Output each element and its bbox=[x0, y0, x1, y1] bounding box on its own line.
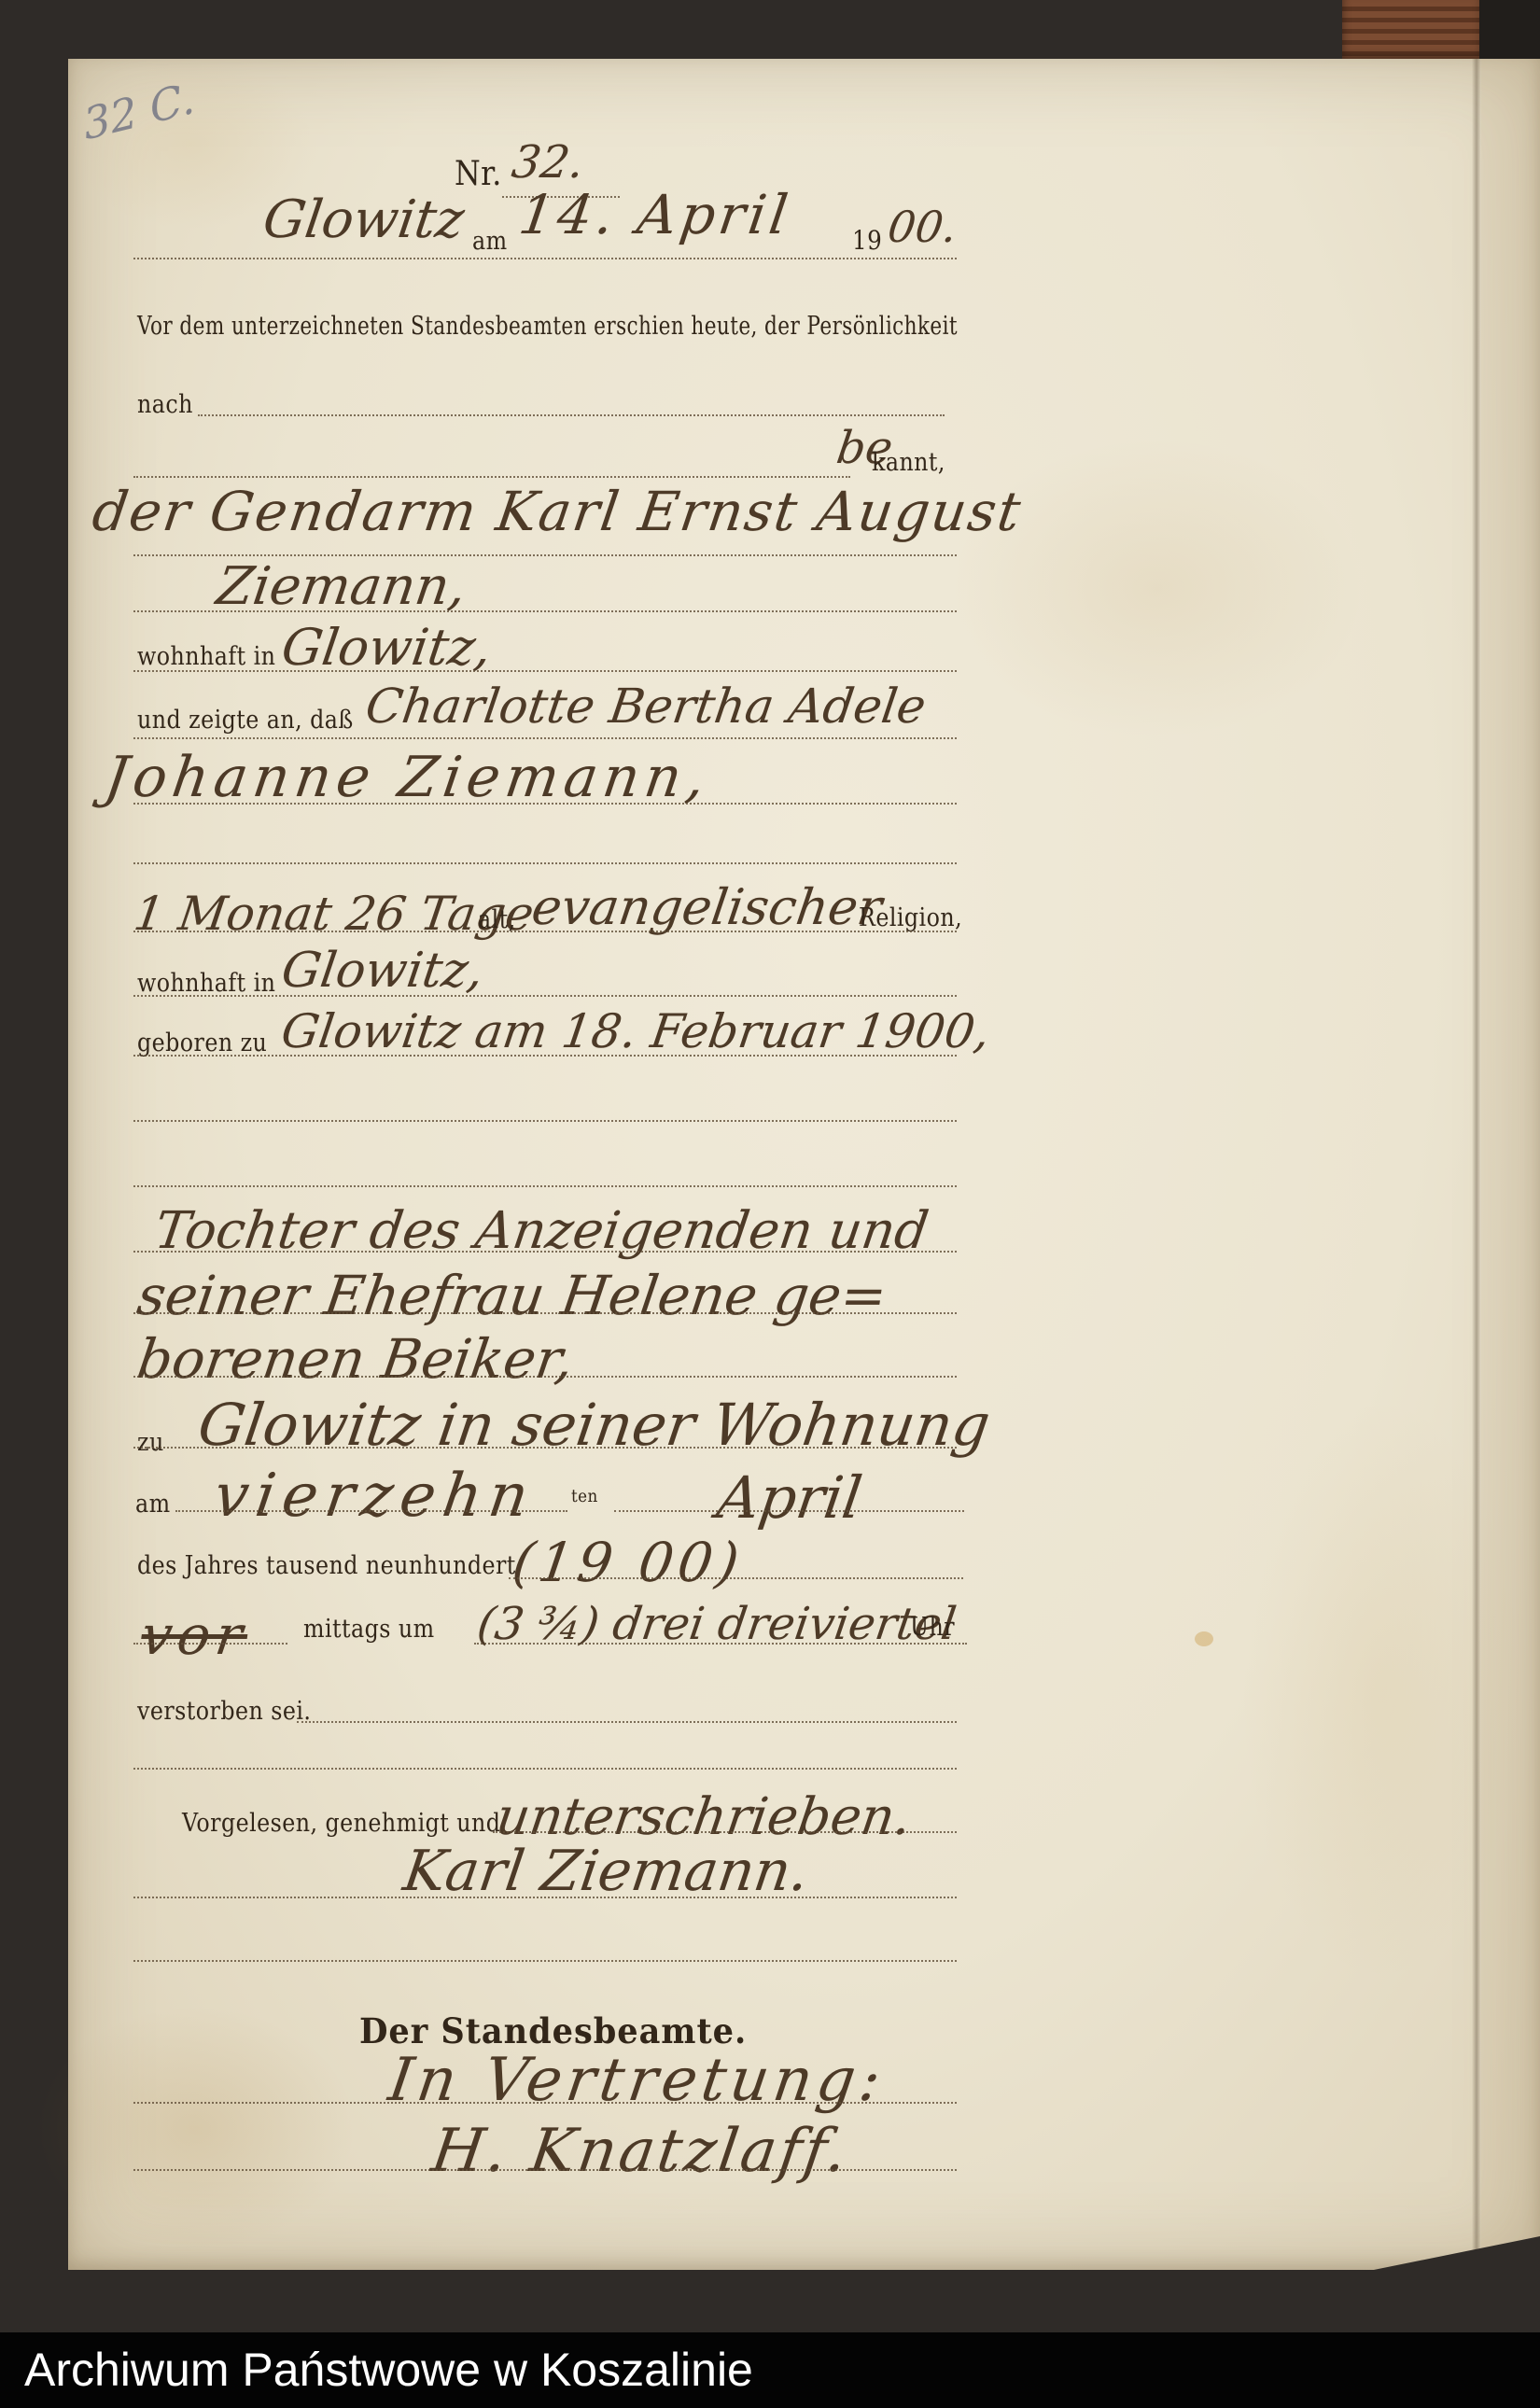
place-value: Glowitz bbox=[259, 189, 468, 250]
am-label: am bbox=[472, 227, 508, 256]
dotted-rule bbox=[297, 1721, 957, 1723]
dotted-rule bbox=[133, 931, 957, 932]
dotted-rule bbox=[133, 1376, 957, 1378]
deputy-written: In Vertretung: bbox=[385, 2046, 889, 2115]
death-month-value: April bbox=[713, 1463, 866, 1532]
dotted-rule bbox=[198, 414, 945, 416]
register-sheet bbox=[68, 59, 1540, 2270]
year-printed: 19 bbox=[852, 225, 882, 256]
residence1-label: wohnhaft in bbox=[137, 642, 275, 671]
closing-label: Vorgelesen, genehmigt und bbox=[182, 1809, 500, 1838]
photographed-register-page: 32 C. Nr. 32. Glowitz am 14. April 19 00… bbox=[0, 0, 1540, 2408]
age-value: 1 Monat 26 Tage bbox=[131, 887, 538, 941]
death-day-value: vierzehn bbox=[210, 1462, 540, 1531]
dotted-rule bbox=[133, 476, 850, 478]
dotted-rule bbox=[133, 1312, 957, 1314]
dotted-rule bbox=[133, 670, 957, 672]
residence2-label: wohnhaft in bbox=[137, 969, 275, 998]
dotted-rule bbox=[133, 1447, 957, 1449]
archive-name: Archiwum Państwowe w Koszalinie bbox=[24, 2332, 753, 2408]
relation-line3: borenen Beiker, bbox=[133, 1327, 578, 1391]
mittags-label: mittags um bbox=[303, 1615, 435, 1644]
page-fold-crease bbox=[1472, 59, 1481, 2270]
dotted-rule bbox=[133, 1643, 287, 1645]
declarant-signature: Karl Ziemann. bbox=[399, 1839, 813, 1904]
residence1-value: Glowitz, bbox=[278, 618, 496, 677]
record-number-value: 32. bbox=[509, 136, 587, 189]
archive-caption-bar: Archiwum Państwowe w Koszalinie bbox=[0, 2332, 1540, 2408]
dotted-rule bbox=[133, 1120, 957, 1122]
dotted-rule bbox=[133, 2169, 957, 2171]
dotted-rule bbox=[133, 610, 957, 612]
next-page-edge bbox=[1481, 59, 1540, 2270]
dotted-rule bbox=[474, 1643, 967, 1645]
religion-value: evangelischer bbox=[528, 879, 886, 936]
death-place-label: zu bbox=[137, 1428, 164, 1457]
dotted-rule bbox=[175, 1510, 567, 1512]
date-value: 14. April bbox=[515, 183, 795, 246]
death-day-label: am bbox=[135, 1490, 171, 1519]
residence2-value: Glowitz, bbox=[278, 943, 487, 999]
deceased-line1: Charlotte Bertha Adele bbox=[362, 679, 929, 735]
religion-label: Religion, bbox=[859, 903, 962, 932]
dotted-rule bbox=[133, 1768, 957, 1770]
dotted-rule bbox=[133, 1055, 957, 1057]
dotted-rule bbox=[133, 1897, 957, 1898]
born-label: geboren zu bbox=[137, 1029, 267, 1057]
dotted-rule bbox=[493, 1831, 957, 1833]
dotted-rule bbox=[133, 1960, 957, 1962]
dotted-rule bbox=[509, 1577, 963, 1579]
dotted-rule bbox=[133, 2102, 957, 2104]
dotted-rule bbox=[133, 1185, 957, 1187]
dotted-rule bbox=[614, 1510, 964, 1512]
dotted-rule bbox=[133, 995, 957, 997]
record-number-label: Nr. bbox=[455, 155, 502, 193]
relation-line2: seiner Ehefrau Helene ge= bbox=[133, 1264, 891, 1327]
ordinal-label: ten bbox=[571, 1486, 598, 1506]
year-line-label: des Jahres tausend neunhundert bbox=[137, 1551, 516, 1580]
registrar-signature: H. Knatzlaff. bbox=[427, 2117, 854, 2186]
meridiem-written: vor bbox=[137, 1603, 252, 1667]
dotted-rule bbox=[133, 1251, 957, 1253]
nach-label: nach bbox=[137, 390, 193, 419]
dotted-rule bbox=[133, 803, 957, 805]
book-spine-leather bbox=[1342, 0, 1482, 63]
born-value: Glowitz am 18. Februar 1900, bbox=[278, 1004, 993, 1058]
year-line-value: (19 00) bbox=[509, 1531, 748, 1594]
declarant-line1: der Gendarm Karl Ernst August bbox=[89, 480, 1026, 543]
uhr-label: Uhr bbox=[910, 1613, 955, 1642]
deceased-line2: Johanne Ziemann, bbox=[101, 745, 715, 810]
year-written: 00. bbox=[885, 202, 960, 252]
statement-label: verstorben sei. bbox=[137, 1697, 311, 1726]
intro-line: Vor dem unterzeichneten Standesbeamten e… bbox=[137, 312, 958, 341]
death-place-value: Glowitz in seiner Wohnung bbox=[194, 1391, 994, 1459]
dotted-rule bbox=[133, 862, 957, 864]
report-label: und zeigte an, daß bbox=[137, 706, 354, 735]
declarant-line2: Ziemann, bbox=[213, 556, 470, 617]
dotted-rule bbox=[133, 737, 957, 739]
dotted-rule bbox=[133, 258, 957, 259]
kannt-label: kannt, bbox=[872, 448, 945, 477]
closing-written: unterschrieben. bbox=[493, 1786, 915, 1846]
